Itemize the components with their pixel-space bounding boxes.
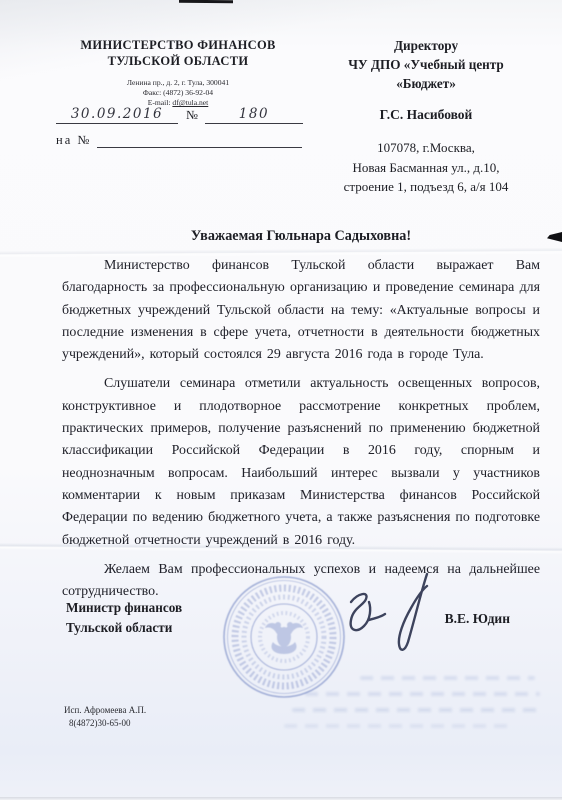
executor-name: Исп. Афромеева А.П. — [64, 704, 146, 717]
executor-block: Исп. Афромеева А.П. 8(4872)30-65-00 — [64, 704, 146, 729]
scan-artifact-right — [547, 232, 562, 242]
recipient-address-line1: 107078, г.Москва, — [300, 138, 552, 158]
recipient-block: Директору ЧУ ДПО «Учебный центр «Бюджет»… — [300, 36, 552, 197]
reply-reference-row: на № — [56, 133, 316, 148]
sender-fax: Факс: (4872) 36-92-04 — [52, 88, 304, 98]
letterhead-sender-block: МИНИСТЕРСТВО ФИНАНСОВ ТУЛЬСКОЙ ОБЛАСТИ Л… — [52, 38, 304, 108]
signer-title-line2: Тульской области — [66, 618, 182, 638]
signature-block: Министр финансов Тульской области В.Е. Ю… — [66, 598, 536, 638]
recipient-title-line2: ЧУ ДПО «Учебный центр — [300, 55, 552, 74]
reply-reference-line — [97, 133, 302, 148]
bleed-through-text — [292, 708, 542, 712]
recipient-address-line3: строение 1, подъезд 6, а/я 104 — [300, 177, 552, 197]
scan-artifact-top — [179, 0, 233, 3]
recipient-title-line1: Директору — [300, 36, 552, 55]
scanned-letter-page: МИНИСТЕРСТВО ФИНАНСОВ ТУЛЬСКОЙ ОБЛАСТИ Л… — [0, 0, 562, 800]
number-sign: № — [186, 108, 198, 123]
reference-block: 30.09.2016 № 180 на № — [56, 106, 316, 148]
executor-phone: 8(4872)30-65-00 — [64, 717, 146, 730]
bleed-through-text — [305, 692, 540, 696]
sender-org-name-line2: ТУЛЬСКОЙ ОБЛАСТИ — [52, 54, 304, 70]
outgoing-date-handwritten: 30.09.2016 — [71, 106, 163, 122]
salutation: Уважаемая Гюльнара Садыховна! — [62, 228, 540, 245]
sender-address: Ленина пр., д. 2, г. Тула, 300041 — [52, 78, 304, 88]
recipient-title-line3: «Бюджет» — [300, 74, 552, 93]
sender-org-name-line1: МИНИСТЕРСТВО ФИНАНСОВ — [52, 38, 304, 54]
outgoing-number-line: 180 — [205, 106, 303, 124]
signer-title-line1: Министр финансов — [66, 598, 182, 618]
bleed-through-text — [284, 724, 509, 728]
reply-reference-label: на № — [56, 133, 91, 148]
body-paragraph-1: Министерство финансов Тульской области в… — [62, 255, 540, 366]
outgoing-reference-row: 30.09.2016 № 180 — [56, 106, 316, 124]
signer-title: Министр финансов Тульской области — [66, 598, 182, 638]
sender-contacts: Ленина пр., д. 2, г. Тула, 300041 Факс: … — [52, 78, 304, 108]
letter-body: Уважаемая Гюльнара Садыховна! Министерст… — [62, 228, 540, 610]
recipient-name: Г.С. Насибовой — [300, 107, 552, 123]
body-paragraph-2: Слушатели семинара отметили актуальность… — [62, 373, 540, 551]
recipient-address: 107078, г.Москва, Новая Басманная ул., д… — [300, 138, 552, 197]
bleed-through-text — [360, 676, 535, 680]
signer-name: В.Е. Юдин — [445, 611, 536, 638]
outgoing-date-line: 30.09.2016 — [56, 106, 178, 124]
outgoing-number-handwritten: 180 — [239, 106, 269, 122]
recipient-address-line2: Новая Басманная ул., д.10, — [300, 158, 552, 178]
